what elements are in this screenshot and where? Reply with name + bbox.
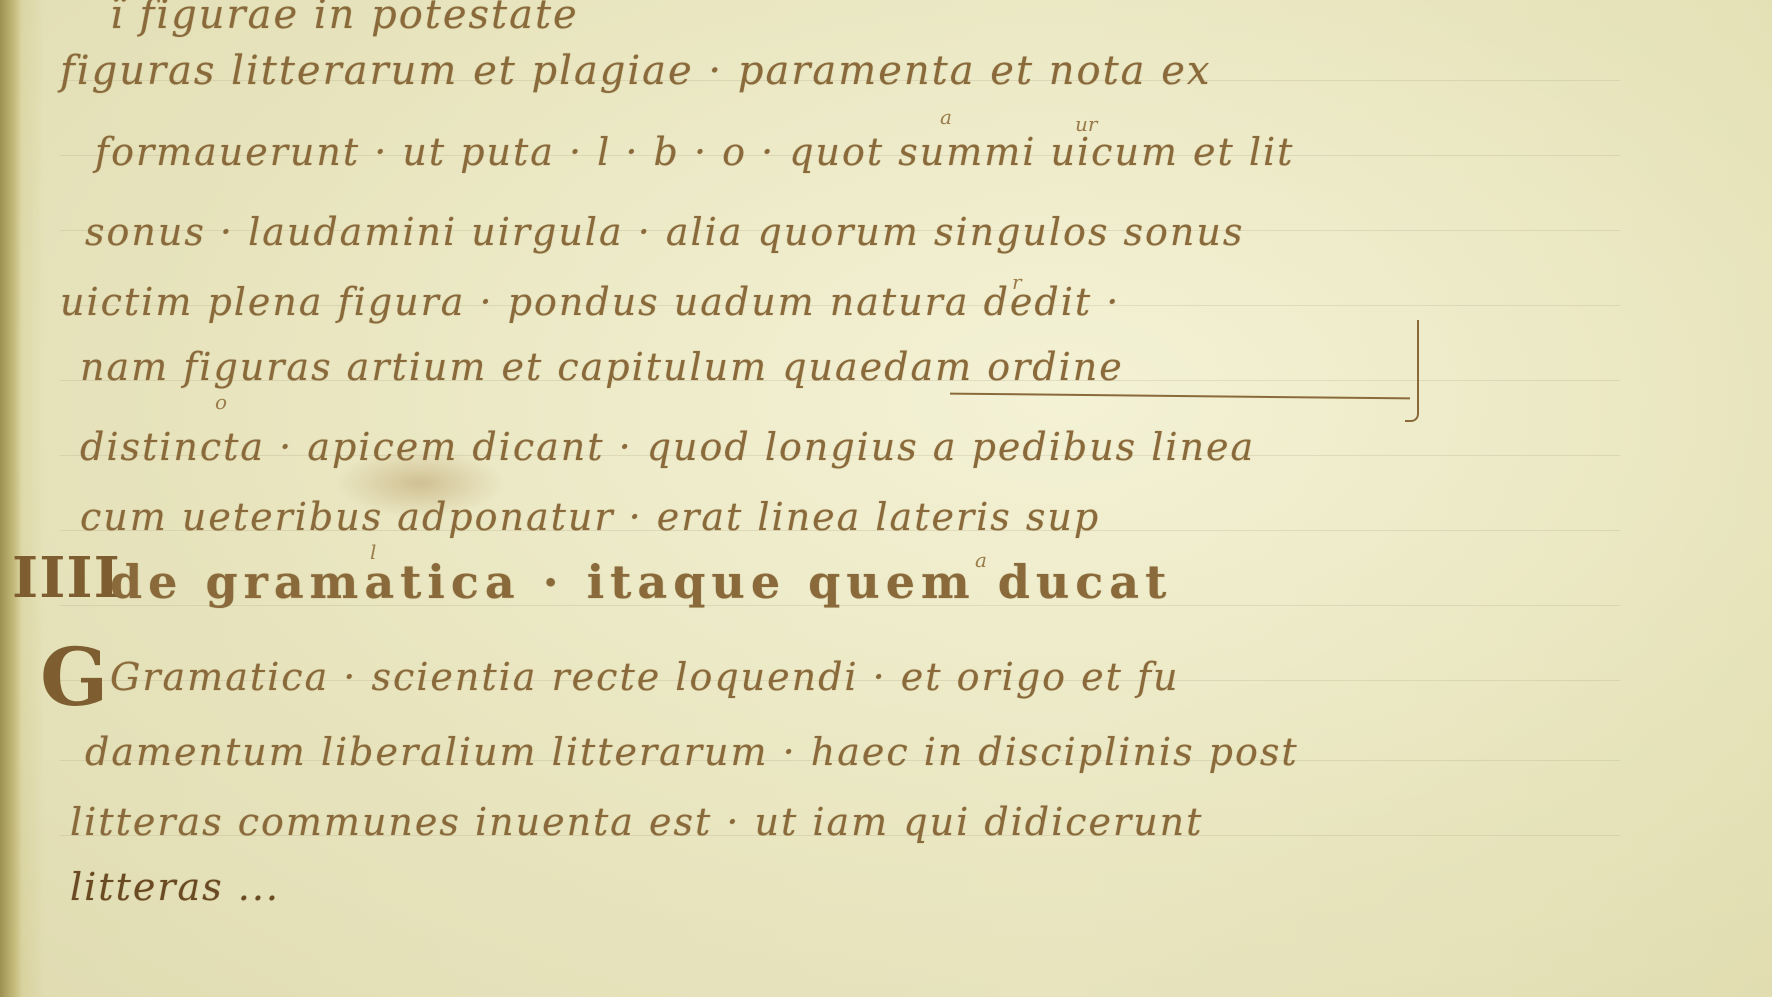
interlinear-gloss: o <box>215 390 227 414</box>
rubric-heading: de gramatica · itaque quem ducat <box>110 555 1172 609</box>
manuscript-page: ï figurae in potestate figuras litteraru… <box>0 0 1772 997</box>
marginal-numeral: IIII <box>12 545 121 611</box>
text-line-10: Gramatica · scientia recte loquendi · et… <box>110 655 1180 699</box>
text-line-7: distincta · apicem dicant · quod longius… <box>80 425 1255 469</box>
text-line-5: uictim plena figura · pondus uadum natur… <box>60 280 1120 324</box>
interlinear-gloss: r <box>1012 270 1022 294</box>
text-line-6: nam figuras artium et capitulum quaedam … <box>80 345 1124 389</box>
interlinear-gloss: l <box>370 540 376 564</box>
margin-bracket <box>1405 320 1419 422</box>
interlinear-gloss: ur <box>1075 112 1097 136</box>
text-line-1: ï figurae in potestate <box>110 0 579 38</box>
binding-edge <box>0 0 22 997</box>
text-line-3: formauerunt · ut puta · l · b · o · quot… <box>95 130 1294 174</box>
text-line-11: damentum liberalium litterarum · haec in… <box>85 730 1299 774</box>
text-line-8: cum ueteribus adponatur · erat linea lat… <box>80 495 1100 539</box>
text-line-13: litteras ... <box>70 865 280 909</box>
text-line-2: figuras litterarum et plagiae · parament… <box>60 48 1211 94</box>
text-line-12: litteras communes inuenta est · ut iam q… <box>70 800 1203 844</box>
interlinear-gloss: a <box>940 105 952 129</box>
text-line-4: sonus · laudamini uirgula · alia quorum … <box>85 210 1244 254</box>
initial-letter: G <box>40 630 108 724</box>
interlinear-gloss: a <box>975 548 987 572</box>
text-underline <box>950 393 1410 400</box>
